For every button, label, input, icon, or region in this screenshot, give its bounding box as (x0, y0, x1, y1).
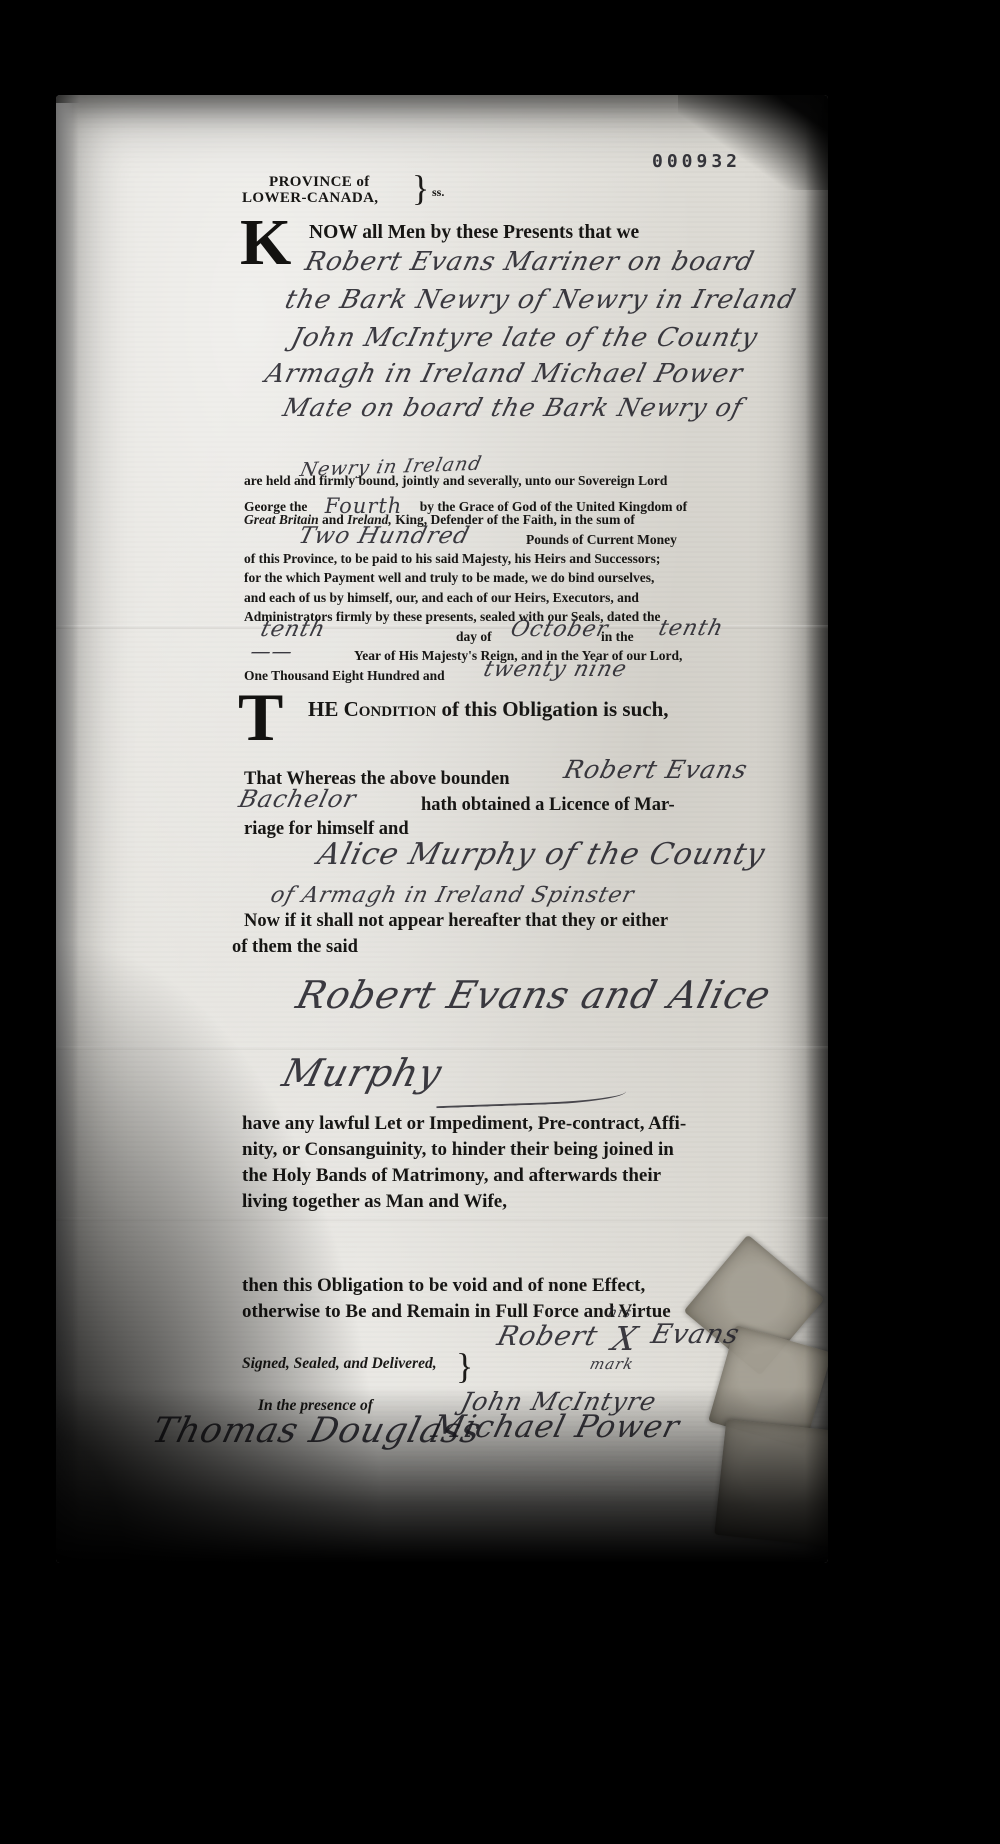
bond-text-line: and each of us by himself, our, and each… (244, 590, 639, 606)
handwritten-party-line: the Bark Newry of Newry in Ireland (282, 285, 799, 315)
handwritten-bride-line: of Armagh in Ireland Spinster (268, 883, 637, 908)
handwritten-couple-names-line2: Murphy (278, 1051, 447, 1095)
document-number-stamp: 000932 (652, 151, 741, 172)
handwritten-groom-name: Robert Evans (561, 755, 751, 784)
handwritten-party-line: Mate on board the Bark Newry of (280, 393, 746, 422)
handwritten-bride-line: Alice Murphy of the County (314, 837, 769, 872)
ss-abbreviation: ss. (432, 185, 444, 200)
condition-heading-word: Condition (344, 697, 437, 721)
handwritten-regnal-year: tenth (656, 616, 726, 641)
handwritten-party-line: John McIntyre late of the County (288, 323, 761, 353)
bond-text-line: Pounds of Current Money (526, 532, 677, 548)
bond-text-line: in the (601, 629, 634, 645)
handwritten-year: twenty nine (481, 657, 630, 682)
condition-heading-he: HE (308, 697, 344, 721)
bond-text-line: of this Province, to be paid to his said… (244, 551, 660, 567)
brace-glyph: } (456, 1345, 473, 1387)
handwritten-party-line: Armagh in Ireland Michael Power (262, 359, 746, 389)
handwritten-groom-status: Bachelor (236, 785, 360, 813)
wafer-seal-icon (714, 1419, 828, 1546)
whereas-line: hath obtained a Licence of Mar- (421, 795, 675, 816)
signature-robert-first: Robert (494, 1321, 601, 1352)
bond-paper: 000932 PROVINCE of LOWER-CANADA, } ss. K… (56, 95, 828, 1563)
province-heading-line1: PROVINCE of (269, 174, 370, 191)
province-heading-line2: LOWER-CANADA, (242, 190, 378, 207)
closing-line: then this Obligation to be void and of n… (242, 1275, 645, 1297)
handwritten-couple-names-line1: Robert Evans and Alice (292, 973, 776, 1017)
brace-glyph: } (412, 167, 429, 209)
whereas-line: of them the said (232, 937, 358, 958)
signature-michael-power: Michael Power (428, 1409, 684, 1445)
handwritten-month: October (508, 617, 611, 642)
bond-text-line: for the which Payment well and truly to … (244, 570, 654, 586)
bond-text-line: day of (456, 629, 492, 645)
handwritten-dash: —— (248, 639, 296, 663)
signature-robert-last: Evans (648, 1319, 743, 1350)
pen-flourish-line (436, 1084, 627, 1109)
condition-heading: HE Condition of this Obligation is such, (308, 697, 669, 722)
opening-line: NOW all Men by these Presents that we (309, 222, 639, 244)
handwritten-party-line: Robert Evans Mariner on board (302, 247, 758, 277)
attestation-line1: Signed, Sealed, and Delivered, (242, 1355, 437, 1373)
paper-left-edge-highlight (56, 103, 80, 1553)
whereas-line: Now if it shall not appear hereafter tha… (244, 911, 668, 932)
handwritten-sum: Two Hundred (296, 523, 473, 549)
condition-heading-rest: of this Obligation is such, (436, 697, 668, 721)
his-mark-label-bottom: mark (588, 1355, 636, 1373)
scanned-document-page: 000932 PROVINCE of LOWER-CANADA, } ss. K… (0, 0, 1000, 1844)
fold-crease-line (56, 1046, 828, 1050)
signature-x-mark: X (608, 1319, 642, 1358)
bond-text-line: are held and firmly bound, jointly and s… (244, 473, 667, 489)
impediment-line: have any lawful Let or Impediment, Pre-c… (242, 1113, 686, 1135)
impediment-line: the Holy Bands of Matrimony, and afterwa… (242, 1165, 661, 1187)
impediment-line: nity, or Consanguinity, to hinder their … (242, 1139, 674, 1161)
dropcap-t: T (238, 691, 283, 744)
paper-top-right-shadow (678, 95, 828, 190)
dropcap-k: K (240, 217, 291, 268)
impediment-line: living together as Man and Wife, (242, 1191, 507, 1213)
fold-crease-line (56, 1217, 828, 1221)
